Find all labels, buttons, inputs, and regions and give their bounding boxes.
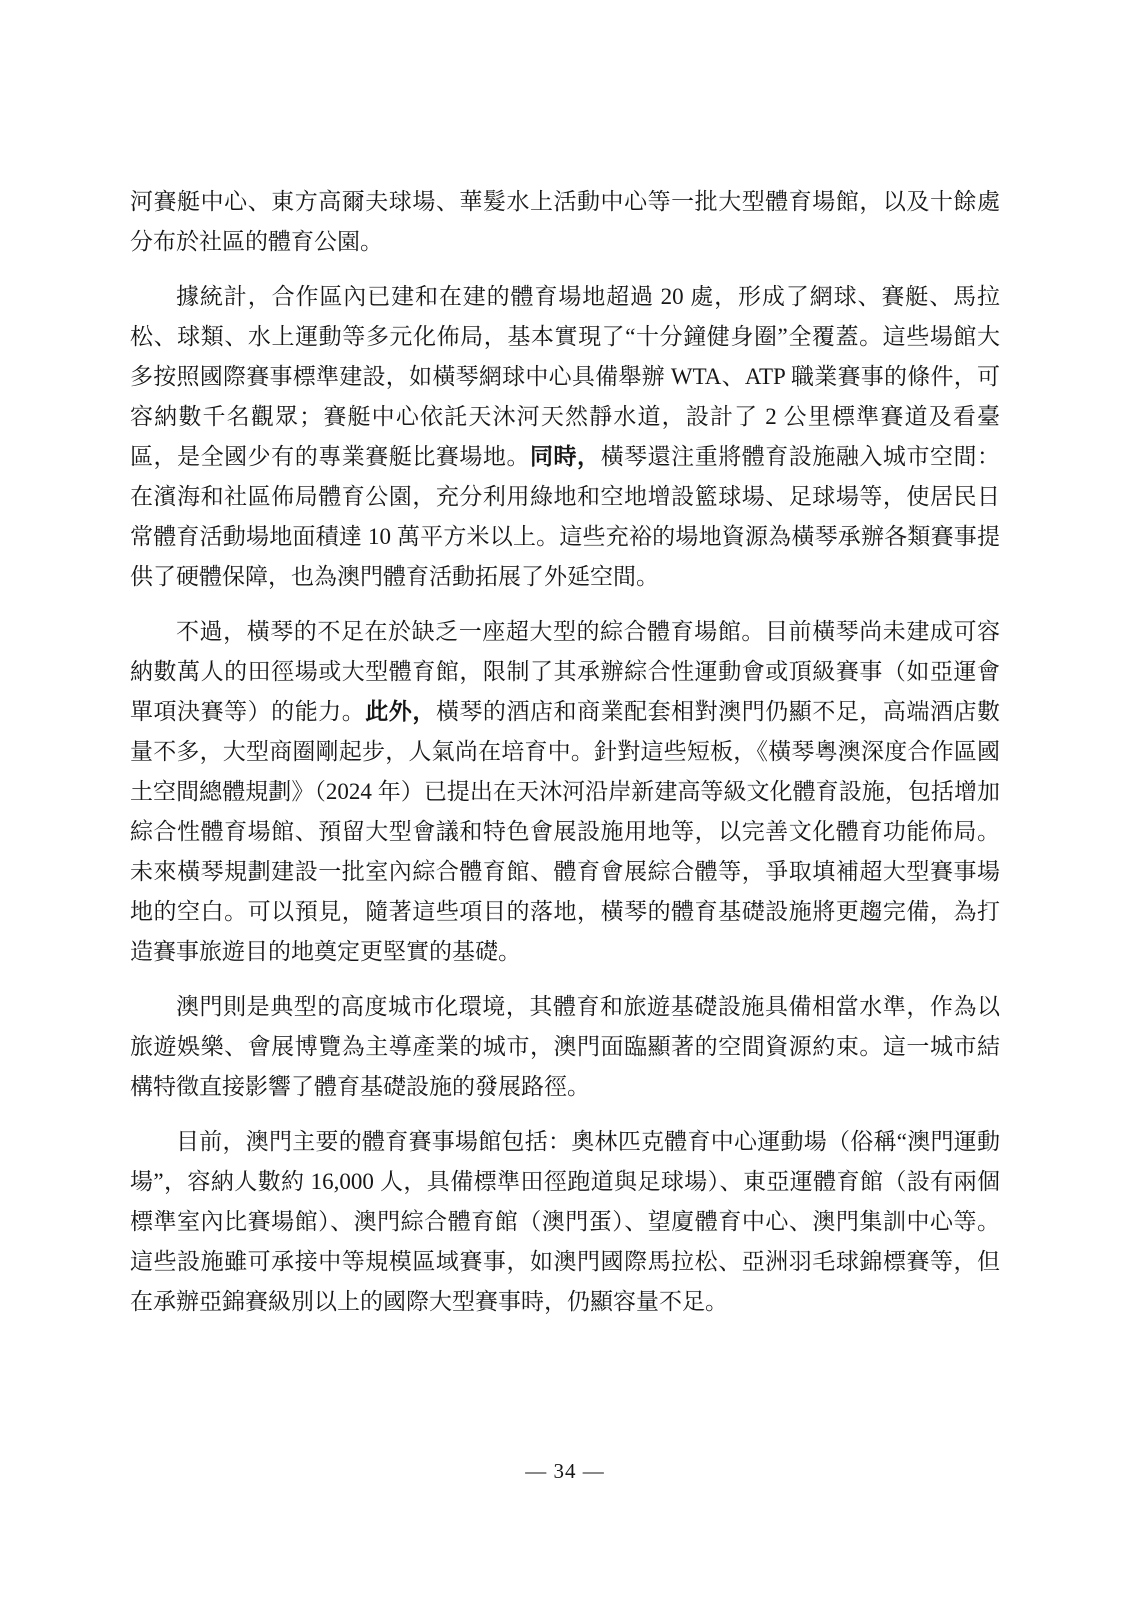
paragraph: 不過，橫琴的不足在於缺乏一座超大型的綜合體育場館。目前橫琴尚未建成可容納數萬人的… xyxy=(130,612,1000,972)
page-number: — 34 — xyxy=(525,1459,605,1483)
paragraph: 據統計，合作區內已建和在建的體育場地超過 20 處，形成了網球、賽艇、馬拉松、球… xyxy=(130,277,1000,597)
body-text: 河賽艇中心、東方高爾夫球場、華髮水上活動中心等一批大型體育場館，以及十餘處分布於… xyxy=(130,189,1000,254)
body-text: 目前，澳門主要的體育賽事場館包括：奧林匹克體育中心運動場（俗稱“澳門運動場”，容… xyxy=(130,1129,1000,1314)
paragraph: 目前，澳門主要的體育賽事場館包括：奧林匹克體育中心運動場（俗稱“澳門運動場”，容… xyxy=(130,1122,1000,1322)
page-footer: — 34 — xyxy=(0,1458,1130,1484)
document-page: 河賽艇中心、東方高爾夫球場、華髮水上活動中心等一批大型體育場館，以及十餘處分布於… xyxy=(0,0,1130,1600)
document-body: 河賽艇中心、東方高爾夫球場、華髮水上活動中心等一批大型體育場館，以及十餘處分布於… xyxy=(130,182,1000,1337)
paragraph: 河賽艇中心、東方高爾夫球場、華髮水上活動中心等一批大型體育場館，以及十餘處分布於… xyxy=(130,182,1000,262)
body-text: 據統計，合作區內已建和在建的體育場地超過 20 處，形成了網球、賽艇、馬拉松、球… xyxy=(130,284,1000,469)
emphasis-text: 此外， xyxy=(365,699,436,724)
emphasis-text: 同時， xyxy=(530,444,601,469)
body-text: 澳門則是典型的高度城市化環境，其體育和旅遊基礎設施具備相當水準，作為以旅遊娛樂、… xyxy=(130,994,1000,1099)
body-text: 橫琴的酒店和商業配套相對澳門仍顯不足，高端酒店數量不多，大型商圈剛起步，人氣尚在… xyxy=(130,699,1000,964)
paragraph: 澳門則是典型的高度城市化環境，其體育和旅遊基礎設施具備相當水準，作為以旅遊娛樂、… xyxy=(130,987,1000,1107)
